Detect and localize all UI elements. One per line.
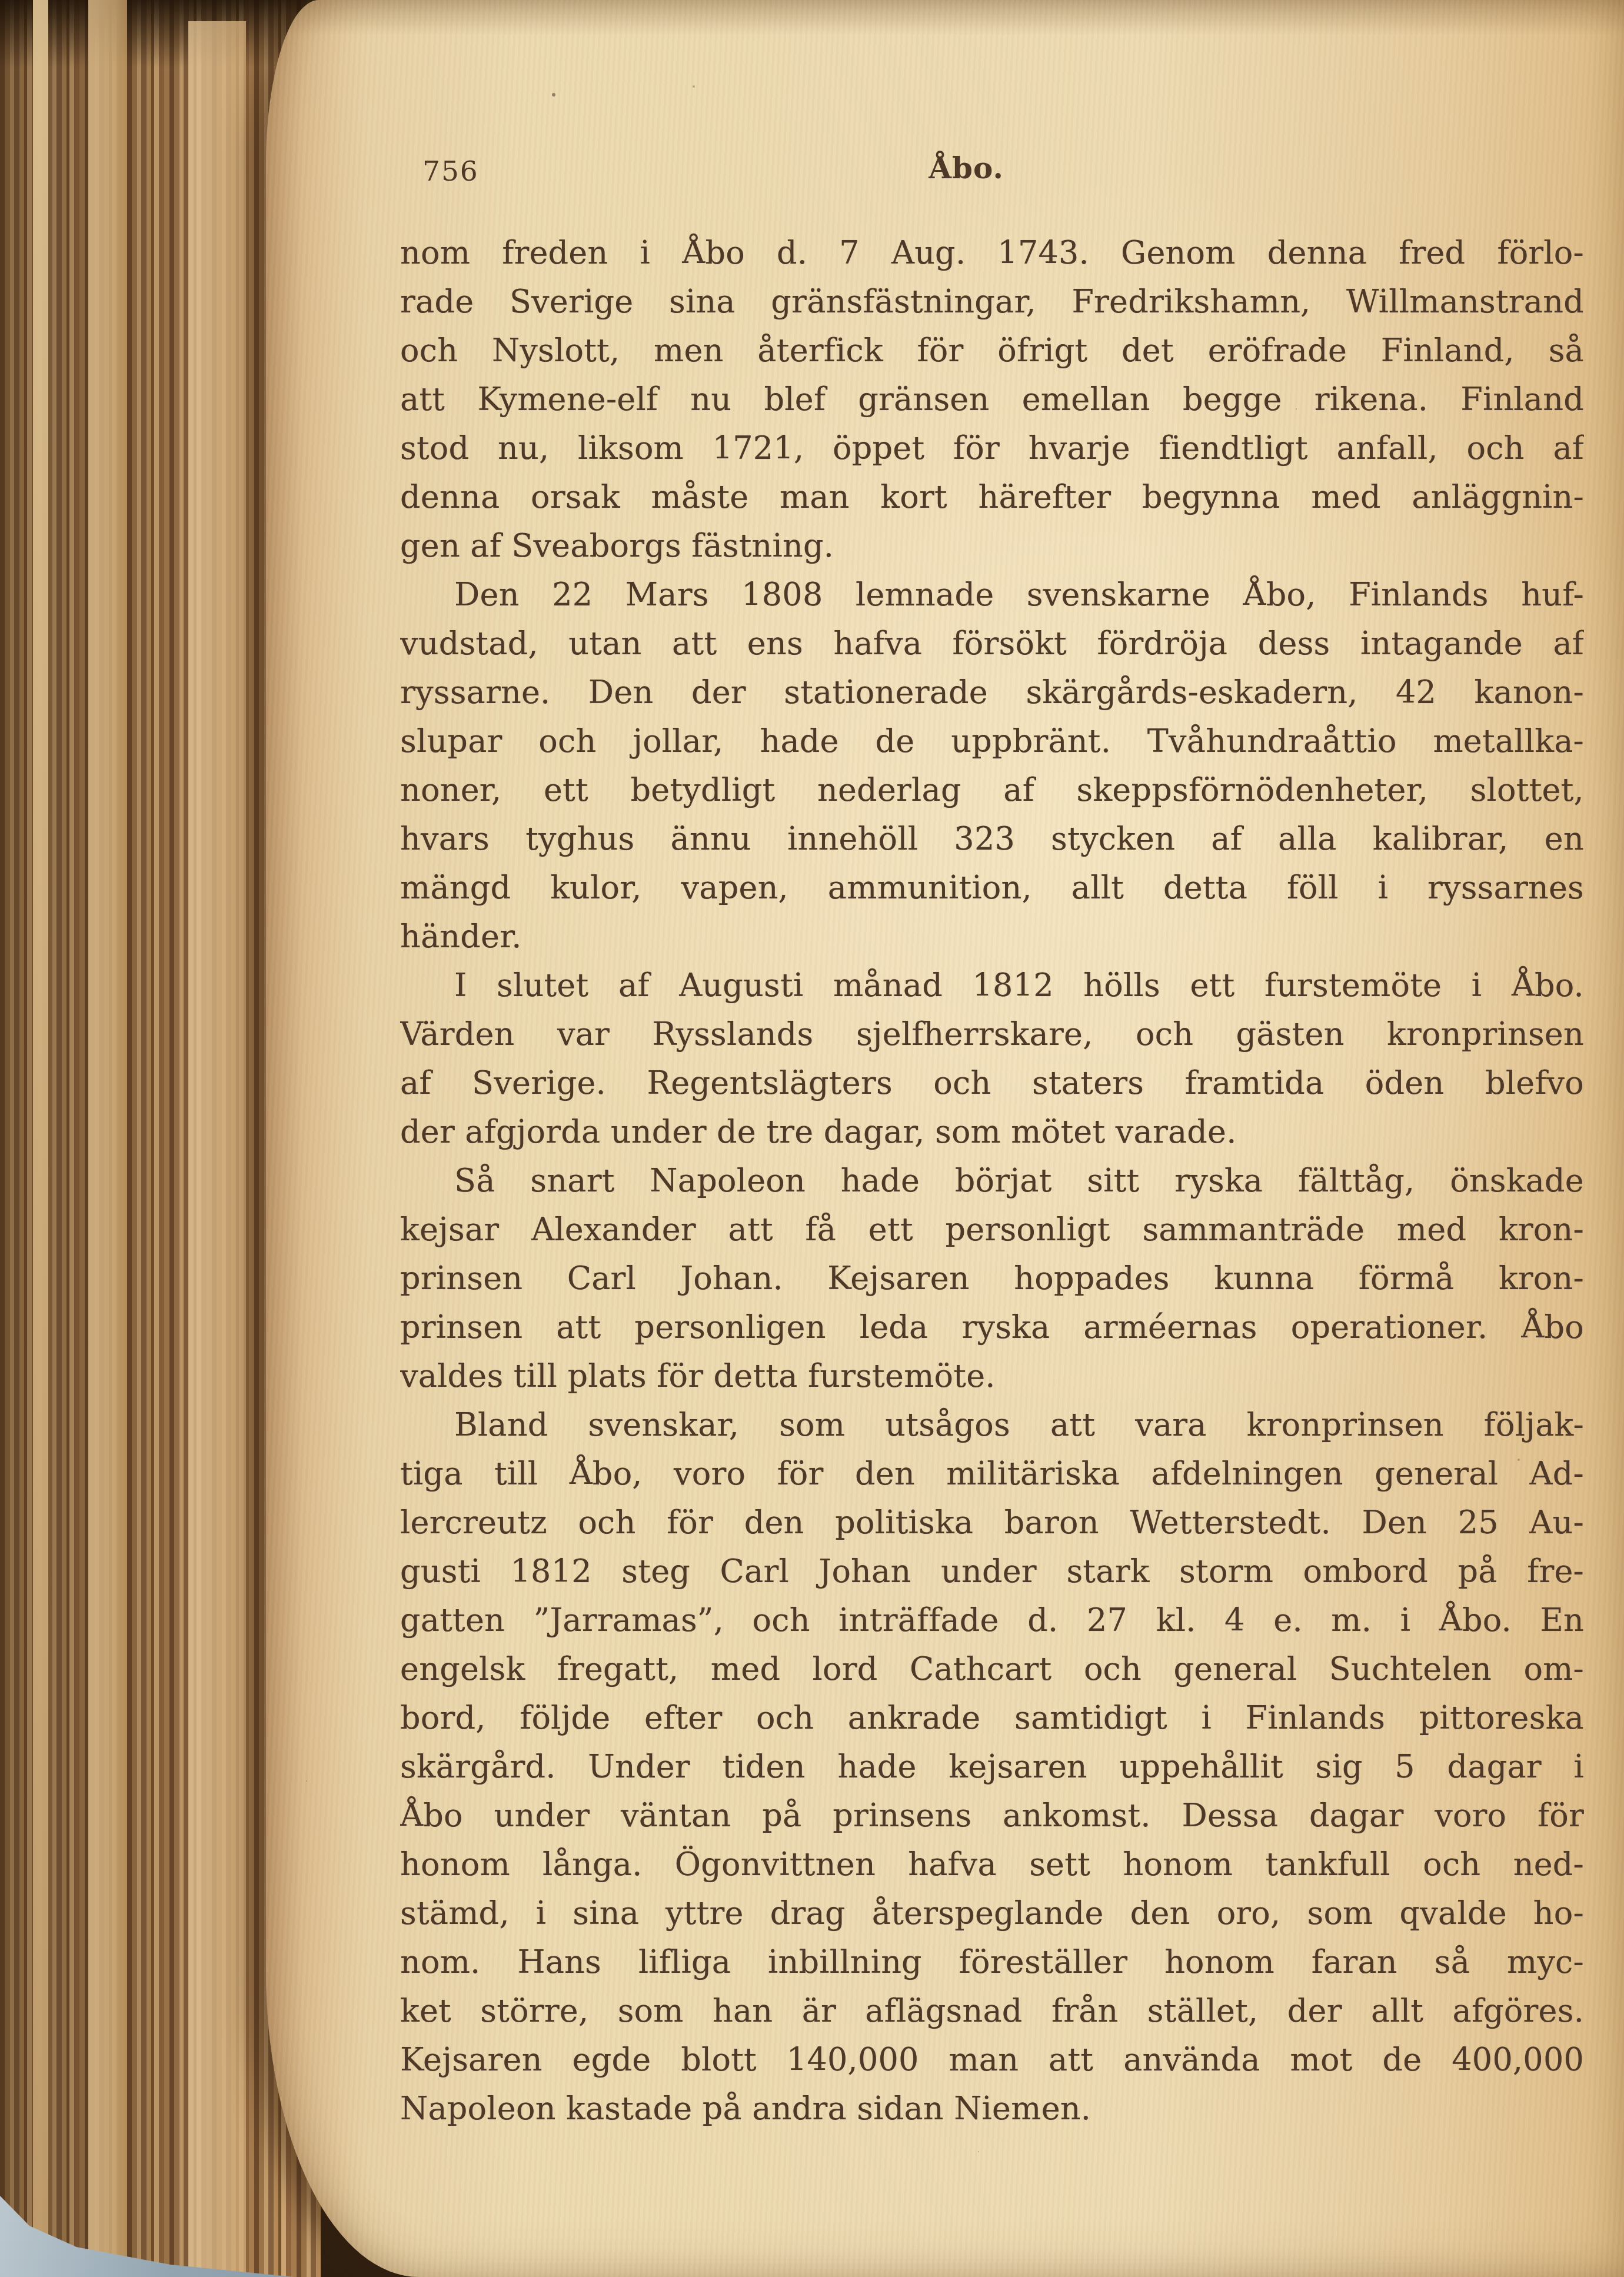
- text-line: Napoleon kastade på andra sidan Niemen.: [400, 2084, 1584, 2133]
- text-line: lercreutz och för den politiska baron We…: [400, 1498, 1584, 1547]
- page-edge-highlight: [88, 0, 127, 2277]
- text-line: Kejsaren egde blott 140,000 man att anvä…: [400, 2035, 1584, 2084]
- text-line: Den 22 Mars 1808 lemnade svenskarne Åbo,…: [400, 570, 1584, 619]
- text-line: valdes till plats för detta furstemöte.: [400, 1351, 1584, 1400]
- text-line: kejsar Alexander att få ett personligt s…: [400, 1205, 1584, 1254]
- text-line: engelsk fregatt, med lord Cathcart och g…: [400, 1644, 1584, 1693]
- page-text-block: nom freden i Åbo d. 7 Aug. 1743. Genom d…: [400, 228, 1584, 2133]
- text-line: Värden var Rysslands sjelfherrskare, och…: [400, 1010, 1584, 1058]
- text-line: nom freden i Åbo d. 7 Aug. 1743. Genom d…: [400, 228, 1584, 277]
- page-number: 756: [422, 155, 479, 188]
- running-header-title: Åbo.: [929, 151, 1004, 185]
- running-header: 756 Åbo.: [400, 151, 1584, 193]
- text-line: Åbo under väntan på prinsens ankomst. De…: [400, 1791, 1584, 1840]
- text-line: mängd kulor, vapen, ammunition, allt det…: [400, 863, 1584, 912]
- text-line: ryssarne. Den der stationerade skärgårds…: [400, 668, 1584, 717]
- text-line: att Kymene-elf nu blef gränsen emellan b…: [400, 375, 1584, 424]
- text-line: honom långa. Ögonvittnen hafva sett hono…: [400, 1840, 1584, 1889]
- text-line: noner, ett betydligt nederlag af skeppsf…: [400, 765, 1584, 814]
- text-line: ket större, som han är aflägsnad från st…: [400, 1986, 1584, 2035]
- page-edge-highlight: [33, 0, 48, 2277]
- text-line: gusti 1812 steg Carl Johan under stark s…: [400, 1547, 1584, 1596]
- text-line: och Nyslott, men återfick för öfrigt det…: [400, 326, 1584, 375]
- text-line: prinsen Carl Johan. Kejsaren hoppades ku…: [400, 1254, 1584, 1303]
- text-line: rade Sverige sina gränsfästningar, Fredr…: [400, 277, 1584, 326]
- text-line: slupar och jollar, hade de uppbränt. Två…: [400, 717, 1584, 765]
- text-line: tiga till Åbo, voro för den militäriska …: [400, 1449, 1584, 1498]
- page-edge-highlight: [188, 21, 246, 2277]
- text-line: skärgård. Under tiden hade kejsaren uppe…: [400, 1742, 1584, 1791]
- text-line: nom. Hans lifliga inbillning föreställer…: [400, 1938, 1584, 1986]
- text-line: bord, följde efter och ankrade samtidigt…: [400, 1693, 1584, 1742]
- text-line: gen af Sveaborgs fästning.: [400, 521, 1584, 570]
- text-line: gatten ”Jarramas”, och inträffade d. 27 …: [400, 1596, 1584, 1644]
- text-line: denna orsak måste man kort härefter begy…: [400, 472, 1584, 521]
- text-line: vudstad, utan att ens hafva försökt förd…: [400, 619, 1584, 668]
- paper-specks: [552, 93, 555, 96]
- text-line: af Sverige. Regentslägters och staters f…: [400, 1058, 1584, 1107]
- text-line: Så snart Napoleon hade börjat sitt ryska…: [400, 1156, 1584, 1205]
- text-line: stod nu, liksom 1721, öppet för hvarje f…: [400, 424, 1584, 472]
- text-line: prinsen att personligen leda ryska armée…: [400, 1303, 1584, 1351]
- text-line: stämd, i sina yttre drag återspeglande d…: [400, 1889, 1584, 1938]
- scanned-book-photo: { "page": { "number": "756", "header_tit…: [0, 0, 1624, 2277]
- text-line: Bland svenskar, som utsågos att vara kro…: [400, 1400, 1584, 1449]
- text-line: I slutet af Augusti månad 1812 hölls ett…: [400, 961, 1584, 1010]
- text-line: händer.: [400, 912, 1584, 961]
- text-line: der afgjorda under de tre dagar, som möt…: [400, 1107, 1584, 1156]
- text-line: hvars tyghus ännu innehöll 323 stycken a…: [400, 814, 1584, 863]
